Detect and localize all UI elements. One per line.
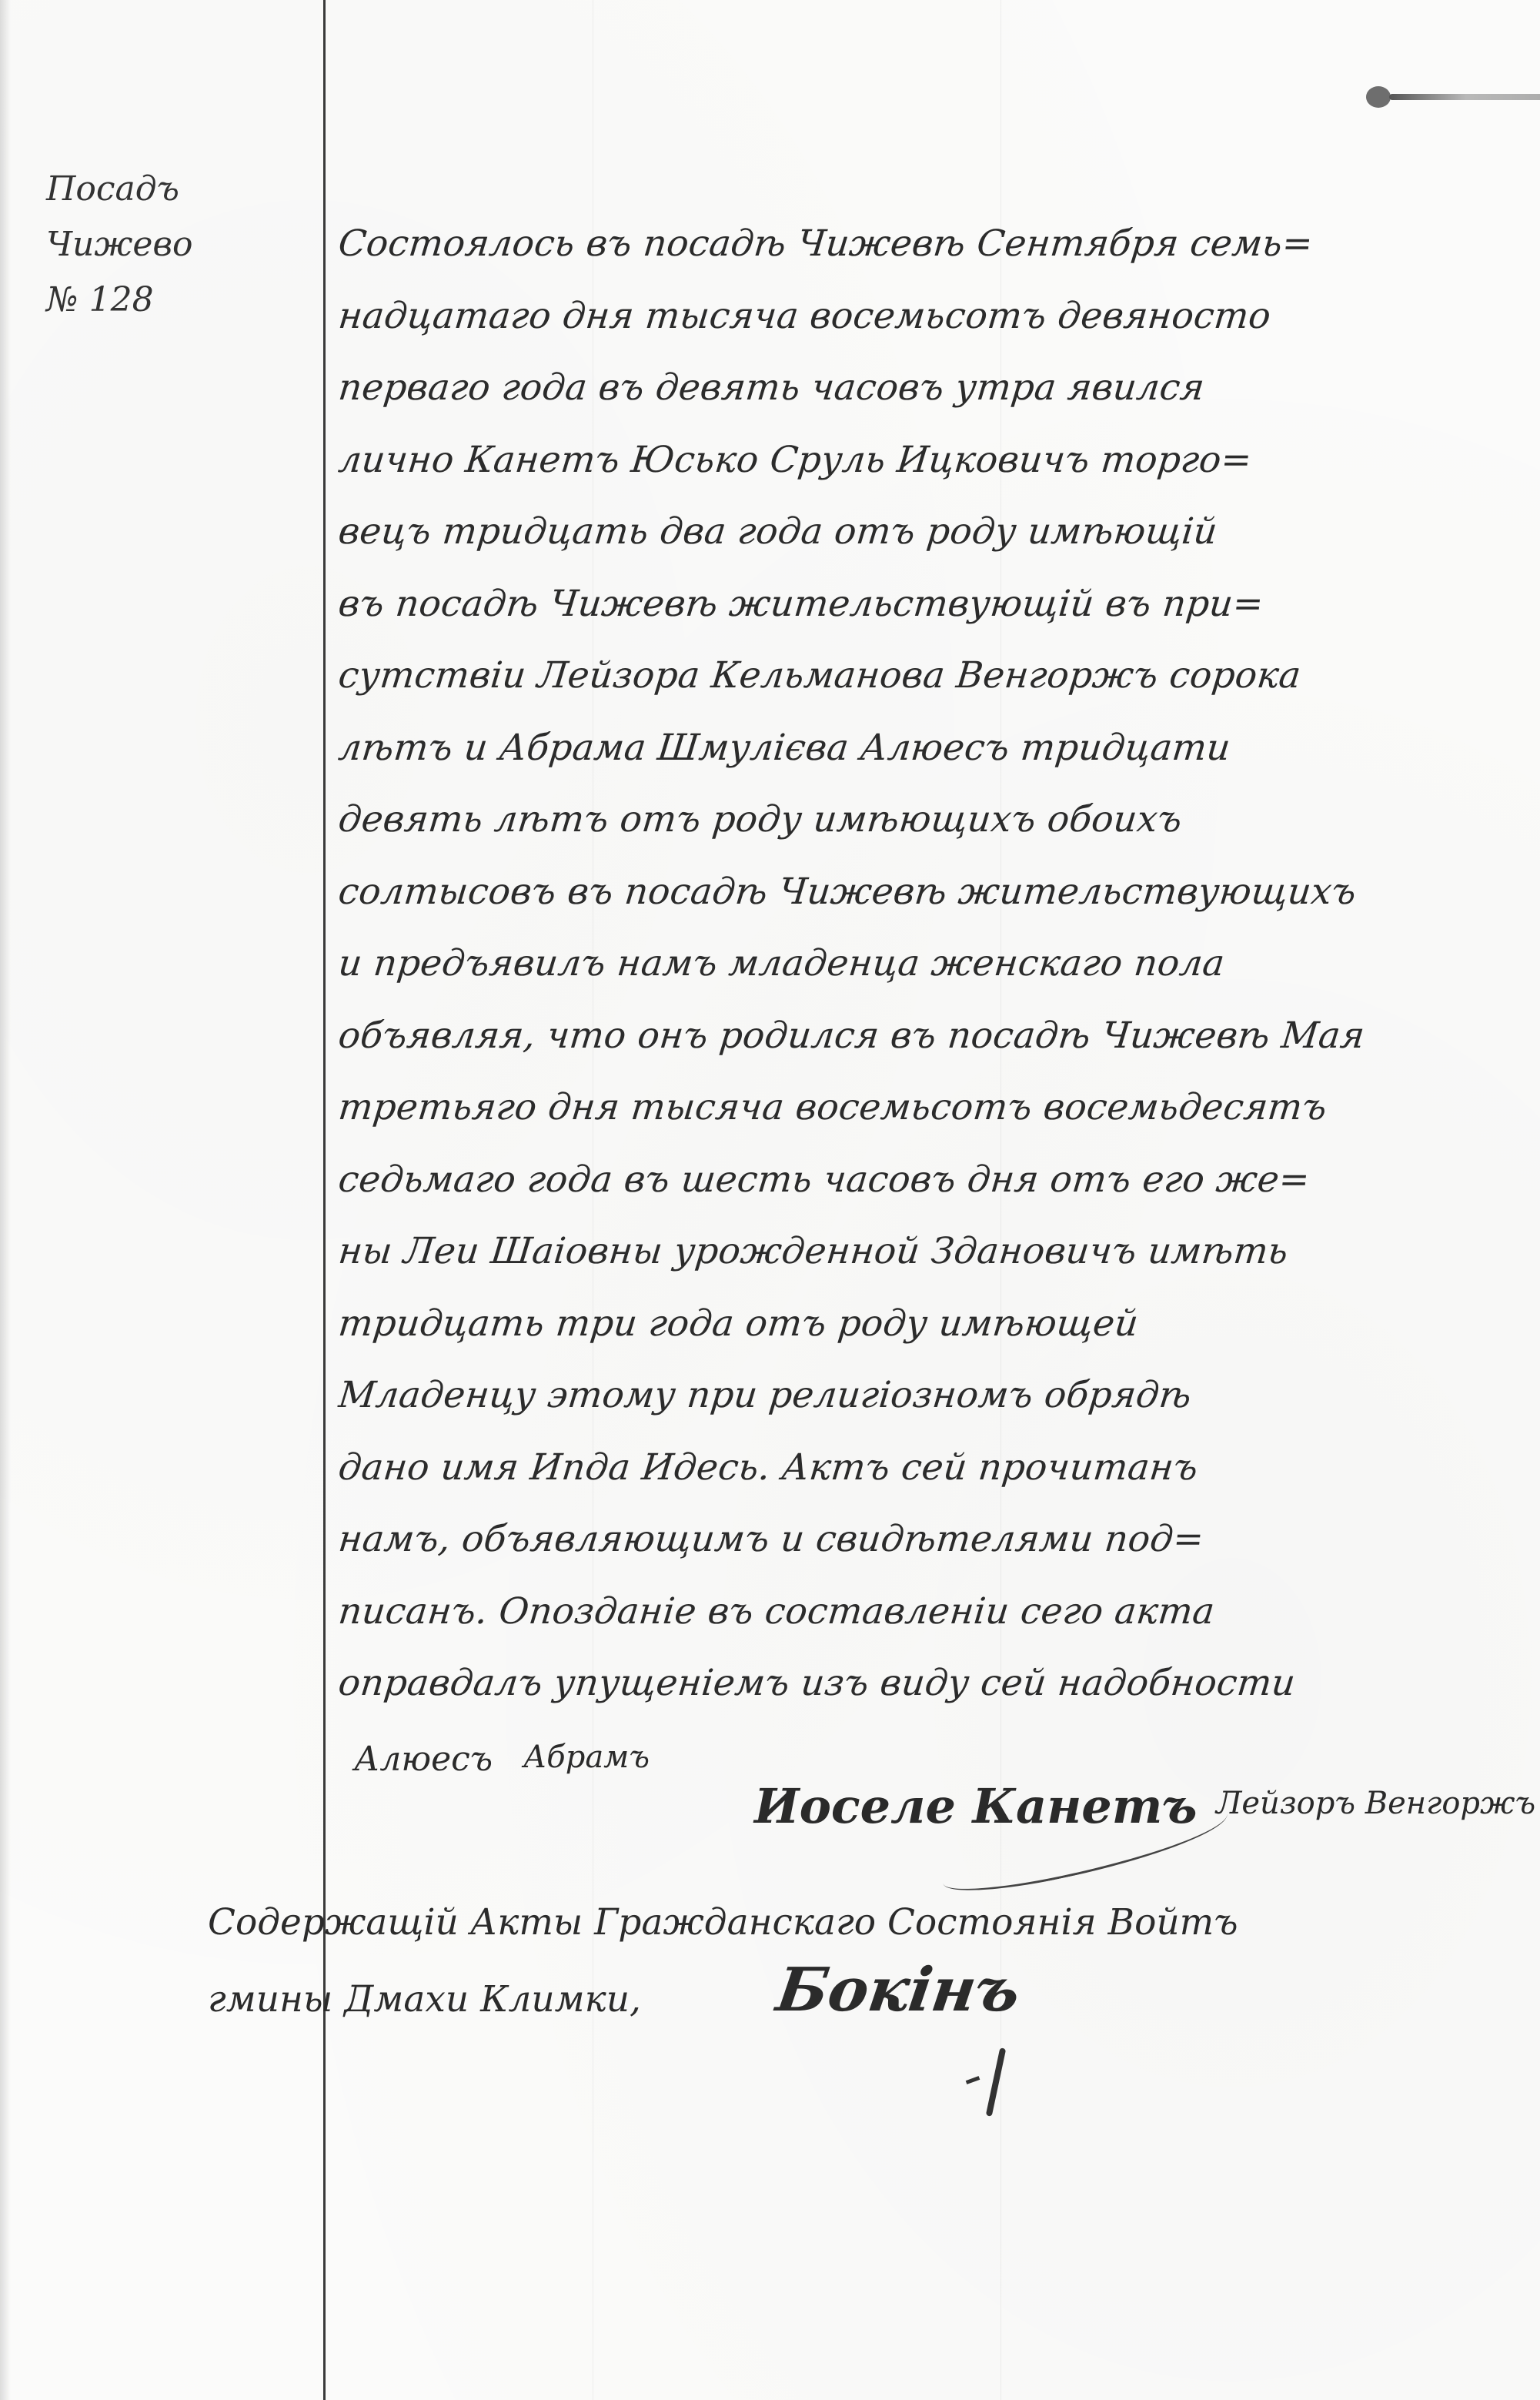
record-line: надцатаго дня тысяча восемьсотъ девяност… <box>335 280 1528 353</box>
record-line: дано имя Иnда Идесь. Актъ сей прочитанъ <box>335 1432 1528 1504</box>
record-line: лѣтъ и Абрама Шмулієва Алюесъ тридцати <box>335 712 1528 784</box>
ink-dot <box>1366 86 1391 108</box>
ink-blot-mark <box>1366 86 1540 105</box>
witness-signature: Алюесъ <box>354 1740 493 1779</box>
record-line: ны Леи Шаіовны урожденной Здановичъ имѣт… <box>335 1215 1528 1288</box>
official-signature: Бокінъ <box>773 1955 1024 2025</box>
record-line: перваго года въ девять часовъ утра явилс… <box>335 352 1528 424</box>
official-title: Содержащій Акты Гражданскаго Состоянія В… <box>208 1901 1238 1944</box>
margin-rule <box>323 0 326 2400</box>
record-line: сутствіи Лейзора Кельманова Венгоржъ сор… <box>335 640 1528 712</box>
record-line: солтысовъ въ посадѣ Чижевѣ жительствующи… <box>335 856 1528 928</box>
margin-note-town: Чижево <box>46 217 308 272</box>
page-edge-shadow <box>0 0 11 2400</box>
margin-note: Посадъ Чижево № 128 <box>46 162 308 328</box>
record-line: и предъявилъ намъ младенца женскаго пола <box>335 928 1528 1000</box>
witness-signature: Лейзоръ Венгоржъ <box>1216 1786 1535 1821</box>
ink-trail <box>1389 94 1540 100</box>
signature-stroke <box>986 2047 1007 2117</box>
record-line: вецъ тридцать два года отъ роду имѣющій <box>335 496 1528 568</box>
record-line: тридцать три года отъ роду имѣющей <box>335 1288 1528 1360</box>
signature-block: Алюесъ Абрамъ Иоселе Канетъ Лейзоръ Венг… <box>354 1732 1539 1855</box>
document-page: Посадъ Чижево № 128 Состоялось въ посадѣ… <box>0 0 1540 2400</box>
record-line: Младенцу этому при религіозномъ обрядѣ <box>335 1359 1528 1432</box>
margin-note-record-number: № 128 <box>46 272 308 328</box>
record-line: намъ, объявляющимъ и свидѣтелями под= <box>335 1503 1528 1576</box>
witness-signature: Абрамъ <box>523 1740 650 1775</box>
record-line: объявляя, что онъ родился въ посадѣ Чиже… <box>335 1000 1528 1072</box>
record-line: Состоялось въ посадѣ Чижевѣ Сентября сем… <box>335 208 1528 280</box>
signature-dash <box>966 2076 980 2084</box>
record-body: Состоялось въ посадѣ Чижевѣ Сентября сем… <box>339 208 1524 1720</box>
record-line: девять лѣтъ отъ роду имѣющихъ обоихъ <box>335 784 1528 856</box>
record-line: седьмаго года въ шесть часовъ дня отъ ег… <box>335 1144 1528 1216</box>
record-line: третьяго дня тысяча восемьсотъ восемьдес… <box>335 1071 1528 1144</box>
record-line: оправдалъ упущеніемъ изъ виду сей надобн… <box>335 1647 1528 1720</box>
record-line: въ посадѣ Чижевѣ жительствующій въ при= <box>335 568 1528 640</box>
official-gmina: гмины Дмахи Климки, <box>208 1978 641 2021</box>
record-line: лично Канетъ Юсько Сруль Ицковичъ торго= <box>335 424 1528 496</box>
record-line: писанъ. Опозданіе въ составленіи сего ак… <box>335 1576 1528 1648</box>
margin-note-place: Посадъ <box>46 162 308 217</box>
